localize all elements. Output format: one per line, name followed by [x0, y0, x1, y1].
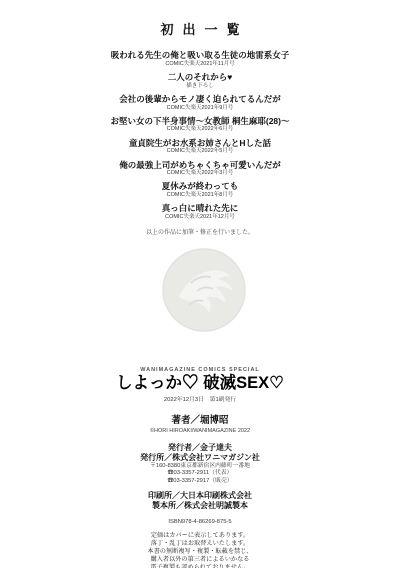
entry-title: 夏休みが終わっても	[0, 182, 400, 192]
revision-note: 以上の作品に加筆・修正を行いました。	[0, 227, 400, 236]
entry-source: COMIC失楽天2021年8月号	[0, 192, 400, 199]
issuer-line: 発行者／金子達夫	[0, 443, 400, 453]
legal-block: 定価はカバーに表示してあります。 落丁・乱丁はお取替えいたします。 本書の無断複…	[0, 532, 400, 568]
entry-title: 会社の後輩からモノ凄く迫られてるんだが	[0, 95, 400, 105]
print-run-line: 2022年12月3日 第1刷発行	[0, 394, 400, 403]
legal-line: 落丁・乱丁はお取替えいたします。	[0, 540, 400, 548]
list-item: 童貞院生がお水系お姉さんとHした話 COMIC失楽天2022年5月号	[0, 139, 400, 156]
printer-line: 印刷所／大日本印刷株式会社	[0, 491, 400, 501]
tel-representative: ☎03-3357-2911（代表）	[0, 470, 400, 477]
entry-source: COMIC失楽天2022年5月号	[0, 148, 400, 155]
legal-line: 本書の無断複写・複製・転載を禁じ、	[0, 548, 400, 556]
list-item: 二人のそれから♥ 描き下ろし	[0, 73, 400, 90]
entry-title: 二人のそれから♥	[0, 73, 400, 83]
colophon-section: WANIMAGAZINE COMICS SPECIAL しよっか♡ 破滅SEX♡…	[0, 367, 400, 568]
list-item: お堅い女の下半身事情～女教師 桐生麻耶(28)～ COMIC失楽天2022年6月…	[0, 117, 400, 134]
isbn: ISBN978-4-86269-875-5	[0, 519, 400, 525]
entry-source: COMIC失楽天2022年6月号	[0, 126, 400, 133]
entry-title: 俺の最強上司がめちゃくちゃ可愛いんだが	[0, 161, 400, 171]
entry-source: 描き下ろし	[0, 83, 400, 90]
first-publication-section: 初出一覧 吸われる先生の俺と吸い取る生徒の地雷系女子 COMIC失楽天2021年…	[0, 0, 400, 236]
author-line: 著者／堀博昭	[0, 412, 400, 426]
bindery-line: 製本所／株式会社明誠製本	[0, 501, 400, 511]
publisher-line: 発行所／株式会社ワニマガジン社	[0, 453, 400, 463]
series-label: WANIMAGAZINE COMICS SPECIAL	[0, 367, 400, 373]
first-publication-list: 吸われる先生の俺と吸い取る生徒の地雷系女子 COMIC失楽天2021年11月号 …	[0, 51, 400, 221]
publisher-block: 発行者／金子達夫 発行所／株式会社ワニマガジン社 〒160-8380東京都新宿区…	[0, 443, 400, 485]
list-item: 吸われる先生の俺と吸い取る生徒の地雷系女子 COMIC失楽天2021年11月号	[0, 51, 400, 68]
copyright-line: ©HORI HIROAKI/WANIMAGAZINE 2022	[0, 428, 400, 434]
entry-source: COMIC失楽天2021年9月号	[0, 105, 400, 112]
entry-title: 真っ白に晴れた先に	[0, 204, 400, 214]
list-item: 夏休みが終わっても COMIC失楽天2021年8月号	[0, 182, 400, 199]
book-title: しよっか♡ 破滅SEX♡	[0, 374, 400, 392]
entry-source: COMIC失楽天2021年12月号	[0, 214, 400, 221]
entry-source: COMIC失楽天2021年11月号	[0, 61, 400, 68]
price-note: 定価はカバーに表示してあります。	[0, 532, 400, 540]
legal-line: 購入者以外の第三者によるいかなる	[0, 556, 400, 564]
list-item: 会社の後輩からモノ凄く迫られてるんだが COMIC失楽天2021年9月号	[0, 95, 400, 112]
colophon-page: 初出一覧 吸われる先生の俺と吸い取る生徒の地雷系女子 COMIC失楽天2021年…	[0, 0, 400, 568]
legal-line: 電子複製も認められておりません。	[0, 564, 400, 568]
list-item: 俺の最強上司がめちゃくちゃ可愛いんだが COMIC失楽天2022年3月号	[0, 161, 400, 178]
printing-block: 印刷所／大日本印刷株式会社 製本所／株式会社明誠製本	[0, 491, 400, 512]
entry-source: COMIC失楽天2022年3月号	[0, 170, 400, 177]
entry-title: 吸われる先生の俺と吸い取る生徒の地雷系女子	[0, 51, 400, 61]
wanimagazine-seal-icon	[161, 247, 247, 333]
first-publication-heading: 初出一覧	[0, 19, 400, 38]
list-item: 真っ白に晴れた先に COMIC失楽天2021年12月号	[0, 204, 400, 221]
tel-sales: ☎03-3357-2917（販売）	[0, 478, 400, 485]
entry-title: 童貞院生がお水系お姉さんとHした話	[0, 139, 400, 149]
